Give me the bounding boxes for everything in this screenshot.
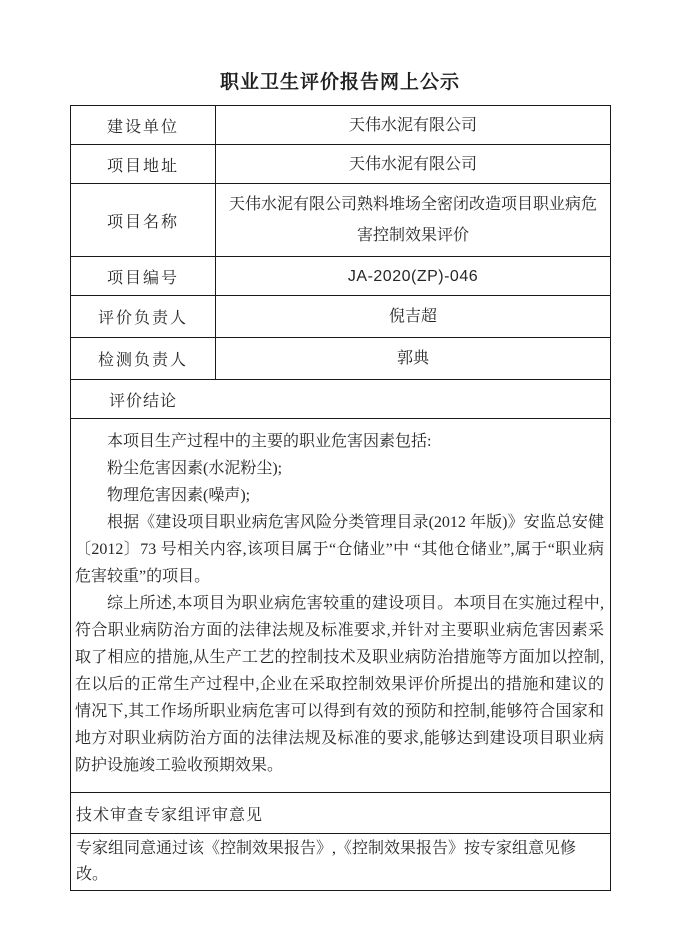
field-value-construction-unit: 天伟水泥有限公司	[216, 106, 611, 145]
table-row-expert-review-label: 技术审查专家组评审意见	[71, 793, 611, 834]
table-row-conclusion-label: 评价结论	[71, 380, 611, 419]
table-row-project-name: 项目名称 天伟水泥有限公司熟料堆场全密闭改造项目职业病危害控制效果评价	[71, 184, 611, 257]
document-page: 职业卫生评价报告网上公示 建设单位 天伟水泥有限公司 项目地址 天伟水泥有限公司…	[0, 0, 676, 946]
field-label-project-number: 项目编号	[71, 257, 216, 296]
field-value-testing-leader: 郭典	[216, 338, 611, 380]
document-title: 职业卫生评价报告网上公示	[70, 70, 610, 96]
field-value-project-address: 天伟水泥有限公司	[216, 145, 611, 184]
conclusion-label: 评价结论	[71, 380, 611, 419]
expert-review-label: 技术审查专家组评审意见	[71, 793, 611, 834]
field-label-project-address: 项目地址	[71, 145, 216, 184]
field-value-project-name: 天伟水泥有限公司熟料堆场全密闭改造项目职业病危害控制效果评价	[216, 184, 611, 257]
table-row-project-address: 项目地址 天伟水泥有限公司	[71, 145, 611, 184]
table-row-project-number: 项目编号 JA-2020(ZP)-046	[71, 257, 611, 296]
field-label-construction-unit: 建设单位	[71, 106, 216, 145]
field-label-project-name: 项目名称	[71, 184, 216, 257]
report-table: 建设单位 天伟水泥有限公司 项目地址 天伟水泥有限公司 项目名称 天伟水泥有限公…	[70, 105, 611, 891]
conclusion-paragraph: 粉尘危害因素(水泥粉尘);	[75, 455, 604, 482]
table-row-testing-leader: 检测负责人 郭典	[71, 338, 611, 380]
conclusion-body: 本项目生产过程中的主要的职业危害因素包括: 粉尘危害因素(水泥粉尘); 物理危害…	[71, 419, 611, 793]
table-row-expert-review-content: 专家组同意通过该《控制效果报告》,《控制效果报告》按专家组意见修改。	[71, 834, 611, 891]
conclusion-paragraph: 综上所述,本项目为职业病危害较重的建设项目。本项目在实施过程中,符合职业病防治方…	[75, 590, 604, 779]
field-value-project-number: JA-2020(ZP)-046	[216, 257, 611, 296]
field-label-evaluation-leader: 评价负责人	[71, 296, 216, 338]
field-value-evaluation-leader: 倪吉超	[216, 296, 611, 338]
table-row-evaluation-leader: 评价负责人 倪吉超	[71, 296, 611, 338]
conclusion-paragraph: 本项目生产过程中的主要的职业危害因素包括:	[75, 428, 604, 455]
conclusion-paragraph: 根据《建设项目职业病危害风险分类管理目录(2012 年版)》安监总安健〔2012…	[75, 509, 604, 590]
table-row-construction-unit: 建设单位 天伟水泥有限公司	[71, 106, 611, 145]
expert-review-content: 专家组同意通过该《控制效果报告》,《控制效果报告》按专家组意见修改。	[71, 834, 611, 891]
table-row-conclusion-body: 本项目生产过程中的主要的职业危害因素包括: 粉尘危害因素(水泥粉尘); 物理危害…	[71, 419, 611, 793]
field-label-testing-leader: 检测负责人	[71, 338, 216, 380]
conclusion-paragraph: 物理危害因素(噪声);	[75, 482, 604, 509]
